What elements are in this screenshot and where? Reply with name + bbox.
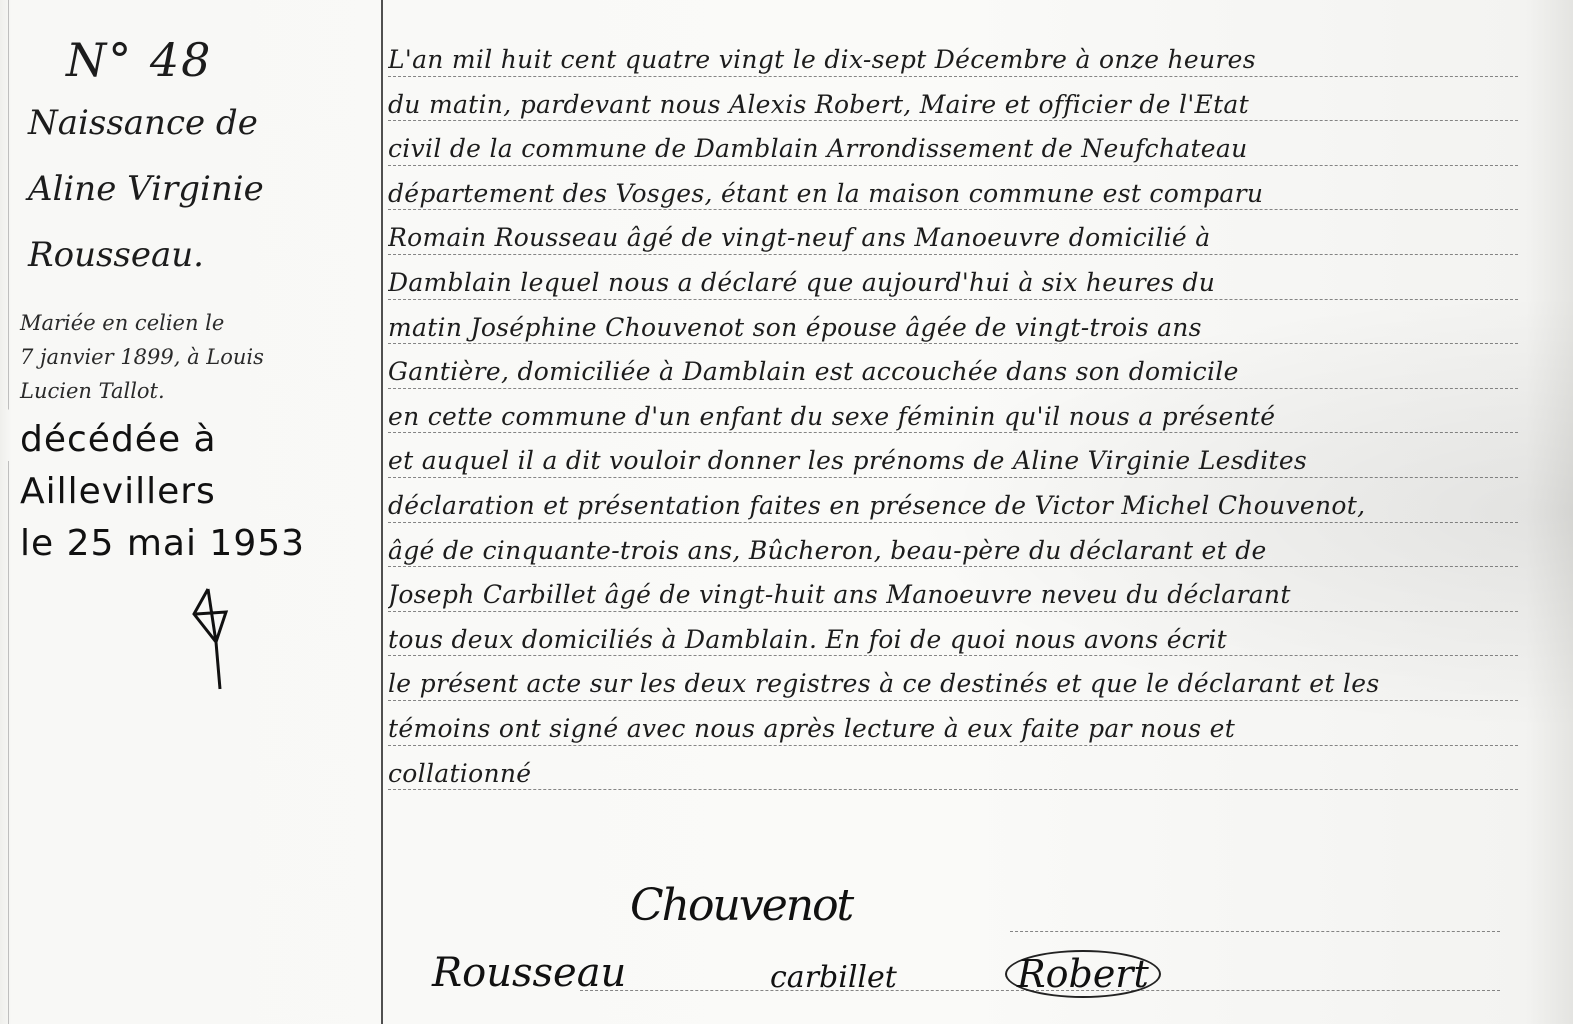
marriage-note-line-3: Lucien Tallot. xyxy=(20,374,374,408)
death-note-line-1: décédée à Aillevillers xyxy=(20,414,374,518)
death-note: décédée à Aillevillers le 25 mai 1953 xyxy=(20,414,374,570)
body-line: et auquel il a dit vouloir donner les pr… xyxy=(388,439,1528,484)
signature-chouvenot: Chouvenot xyxy=(630,880,852,931)
act-number: N° 48 xyxy=(66,30,374,90)
signature-carbillet: carbillet xyxy=(770,960,897,995)
paraph-icon xyxy=(186,584,246,694)
body-line: Damblain lequel nous a déclaré que aujou… xyxy=(388,261,1528,306)
body-line: tous deux domiciliés à Damblain. En foi … xyxy=(388,618,1528,663)
signature-rule xyxy=(1010,931,1500,932)
death-note-line-2: le 25 mai 1953 xyxy=(20,518,374,570)
body-line: du matin, pardevant nous Alexis Robert, … xyxy=(388,83,1528,128)
body-line: déclaration et présentation faites en pr… xyxy=(388,484,1528,529)
marriage-note-line-1: Mariée en celien le xyxy=(20,306,374,340)
margin-rule xyxy=(381,0,383,1024)
body-line: témoins ont signé avec nous après lectur… xyxy=(388,707,1528,752)
body-line: collationné xyxy=(388,752,1528,797)
body-line: Joseph Carbillet âgé de vingt-huit ans M… xyxy=(388,573,1528,618)
page-edge xyxy=(8,0,9,1024)
margin-title-line-2: Aline Virginie xyxy=(28,156,374,222)
body-line: Romain Rousseau âgé de vingt-neuf ans Ma… xyxy=(388,216,1528,261)
margin-column: N° 48 Naissance de Aline Virginie Rousse… xyxy=(14,30,374,694)
marriage-note: Mariée en celien le 7 janvier 1899, à Lo… xyxy=(20,306,374,408)
body-line: matin Joséphine Chouvenot son épouse âgé… xyxy=(388,306,1528,351)
body-line: le présent acte sur les deux registres à… xyxy=(388,662,1528,707)
signature-robert-mayor: Robert xyxy=(1005,950,1161,998)
act-body: L'an mil huit cent quatre vingt le dix-s… xyxy=(388,38,1528,796)
register-page: N° 48 Naissance de Aline Virginie Rousse… xyxy=(0,0,1573,1024)
body-line: en cette commune d'un enfant du sexe fém… xyxy=(388,395,1528,440)
body-line: âgé de cinquante-trois ans, Bûcheron, be… xyxy=(388,529,1528,574)
signature-rousseau: Rousseau xyxy=(432,950,626,996)
margin-title-line-1: Naissance de xyxy=(28,90,374,156)
marriage-note-line-2: 7 janvier 1899, à Louis xyxy=(20,340,374,374)
body-line: Gantière, domiciliée à Damblain est acco… xyxy=(388,350,1528,395)
margin-title-line-3: Rousseau. xyxy=(28,222,374,288)
body-line: département des Vosges, étant en la mais… xyxy=(388,172,1528,217)
body-line: L'an mil huit cent quatre vingt le dix-s… xyxy=(388,38,1528,83)
body-line: civil de la commune de Damblain Arrondis… xyxy=(388,127,1528,172)
